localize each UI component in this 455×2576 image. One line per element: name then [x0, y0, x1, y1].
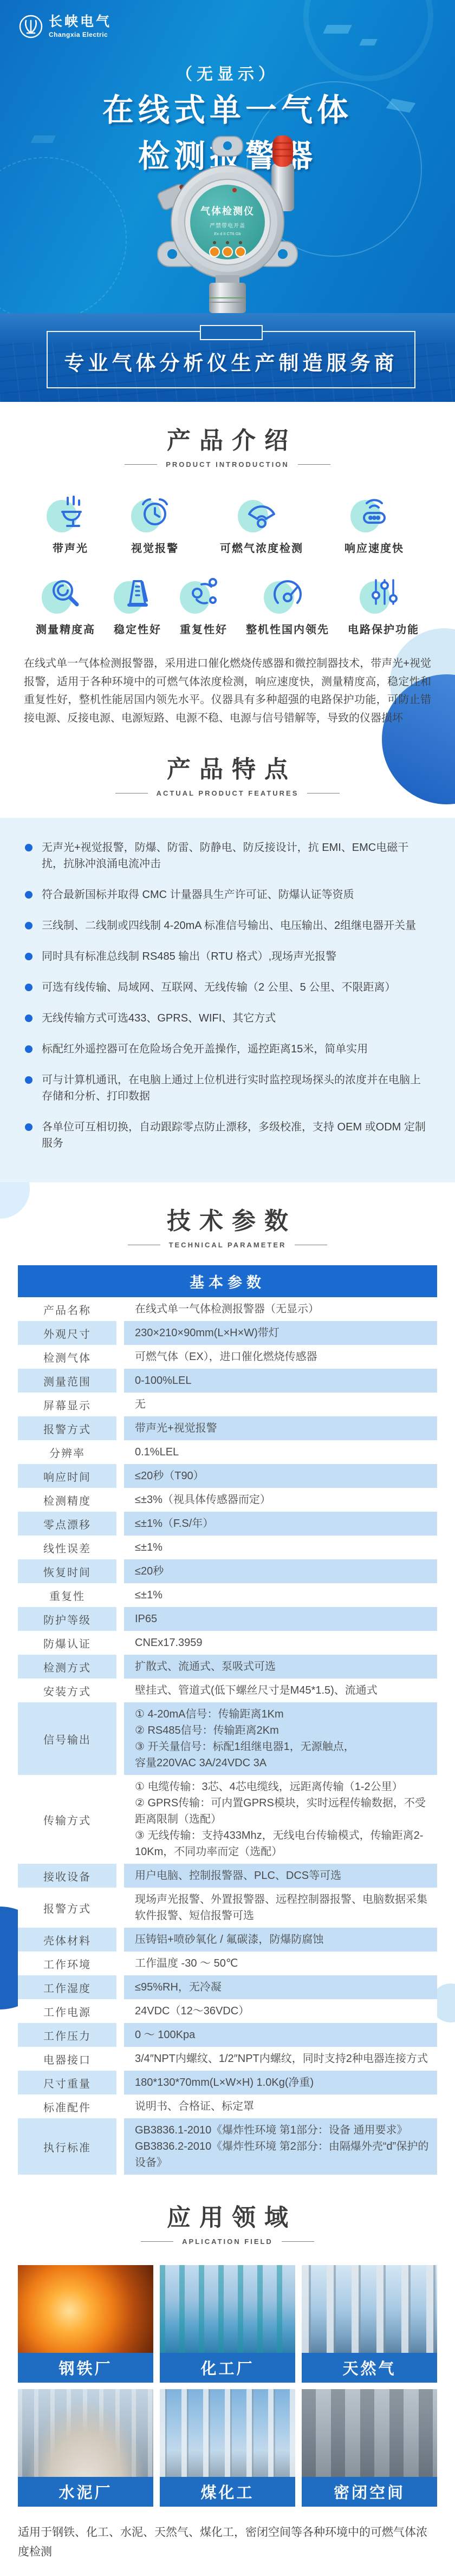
spec-table-header: 基本参数 — [18, 1265, 437, 1297]
bullet-dot-icon — [25, 984, 32, 991]
section-title: 产品特点 — [0, 758, 455, 782]
slogan-notch — [200, 325, 263, 340]
spec-label: 标准配件 — [18, 2094, 116, 2118]
feature-text: 符合最新国标并取得 CMC 计量器具生产许可证、防爆认证等资质 — [42, 887, 354, 903]
spec-value: 3/4″NPT内螺纹、1/2″NPT内螺纹，同时支持2种电器连接方式 — [124, 2047, 437, 2071]
table-row: 检测方式扩散式、流通式、泵吸式可选 — [18, 1655, 437, 1679]
intro-feature-label: 测量精度高 — [36, 621, 95, 636]
alarm-clock-icon — [135, 492, 174, 531]
spec-label: 电器接口 — [18, 2047, 116, 2071]
spec-value: ≤±3%（视具体传感器而定） — [124, 1488, 437, 1512]
app-photo-cement-plant — [18, 2389, 153, 2477]
sliders-icon — [364, 574, 403, 613]
hero-subtitle: （无显示） — [0, 61, 455, 84]
table-row: 外观尺寸230×210×90mm(L×H×W)带灯 — [18, 1321, 437, 1345]
spec-value: 0 ～ 100Kpa — [124, 2023, 437, 2047]
table-row: 接收设备用户电脑、控制报警器、PLC、DCS等可选 — [18, 1864, 437, 1888]
intro-feature-label: 响应速度快 — [344, 539, 404, 555]
brand-logo: 长峡电气 Changxia Electric — [18, 14, 112, 39]
app-label: 化工厂 — [160, 2353, 295, 2383]
table-row: 分辨率0.1%LEL — [18, 1440, 437, 1464]
table-row: 信号输出① 4-20mA信号：传输距离1Km ② RS485信号：传输距离2Km… — [18, 1702, 437, 1775]
feature-item: 符合最新国标并取得 CMC 计量器具生产许可证、防爆认证等资质 — [25, 887, 430, 903]
intro-description: 在线式单一气体检测报警器，采用进口催化燃烧传感器和微控制器技术，带声光+视觉报警… — [24, 655, 431, 727]
feature-text: 三线制、二线制或四线制 4-20mA 标准信号输出、电压输出、2组继电器开关量 — [42, 918, 416, 934]
dash-left — [115, 793, 148, 793]
table-row: 恢复时间≤20秒 — [18, 1559, 437, 1583]
application-card: 水泥厂 — [18, 2389, 153, 2507]
section-title: 产品介绍 — [0, 429, 455, 453]
deco-bar — [323, 25, 352, 34]
app-label: 钢铁厂 — [18, 2353, 153, 2383]
spec-label: 尺寸重量 — [18, 2071, 116, 2094]
table-row: 线性误差≤±1% — [18, 1536, 437, 1559]
intro-feature-card: 整机性国内领先 — [246, 574, 329, 636]
deco-ring-dashed — [0, 157, 127, 313]
spec-label: 工作压力 — [18, 2023, 116, 2047]
intro-feature-card: 响应速度快 — [344, 492, 404, 555]
application-card: 煤化工 — [160, 2389, 295, 2507]
spec-value: CNEx17.3959 — [124, 1631, 437, 1655]
section-subtitle: ACTUAL PRODUCT FEATURES — [0, 789, 455, 797]
dash-right — [282, 2241, 314, 2242]
feature-text: 可与计算机通讯，在电脑上通过上位机进行实时监控现场探头的浓度并在电脑上存储和分析… — [42, 1072, 430, 1104]
magnifier-icon — [46, 574, 85, 613]
brand-name-cn: 长峡电气 — [49, 15, 112, 29]
feature-item: 可选有线传输、局域网、互联网、无线传输（2 公里、5 公里、不限距离） — [25, 979, 430, 996]
table-row: 工作电源24VDC（12～36VDC） — [18, 1999, 437, 2023]
spec-value: ≤±1%（F.S/年） — [124, 1512, 437, 1536]
section-head: 产品特点 ACTUAL PRODUCT FEATURES — [0, 727, 455, 797]
feature-item: 标配红外遥控器可在危险场合免开盖操作，遥控距离15米，简单实用 — [25, 1041, 430, 1057]
spec-value: ≤±1% — [124, 1583, 437, 1607]
spec-value: ≤95%RH，无冷凝 — [124, 1975, 437, 1999]
dash-right — [307, 793, 340, 793]
intro-feature-card: 带声光 — [51, 492, 90, 555]
metronome-icon — [118, 574, 157, 613]
app-label: 密闭空间 — [302, 2477, 437, 2507]
table-row: 执行标准GB3836.1-2010《爆炸性环境 第1部分：设备 通用要求》 GB… — [18, 2118, 437, 2175]
spec-value: 工作温度 -30 ～ 50℃ — [124, 1951, 437, 1975]
speedometer-icon — [268, 574, 307, 613]
feature-item: 三线制、二线制或四线制 4-20mA 标准信号输出、电压输出、2组继电器开关量 — [25, 918, 430, 934]
spec-label: 执行标准 — [18, 2118, 116, 2175]
spec-label: 重复性 — [18, 1583, 116, 1607]
intro-feature-label: 可燃气浓度检测 — [220, 539, 303, 555]
spec-label: 屏幕显示 — [18, 1393, 116, 1416]
table-row: 报警方式现场声光报警、外置报警器、远程控制器报警、电脑数据采集软件报警、短信报警… — [18, 1888, 437, 1928]
table-row: 工作湿度≤95%RH，无冷凝 — [18, 1975, 437, 1999]
application-note: 适用于钢铁、化工、水泥、天然气、煤化工，密闭空间等各种环境中的可燃气体浓度检测 — [18, 2523, 437, 2561]
section-subtitle: TECHNICAL PARAMETER — [0, 1241, 455, 1249]
dash-right — [298, 464, 330, 465]
dash-left — [125, 464, 157, 465]
features-panel: 无声光+视觉报警，防爆、防雷、防静电、防反接设计，抗 EMI、EMC电磁干扰，抗… — [0, 818, 455, 1182]
spec-label: 检测气体 — [18, 1345, 116, 1369]
spec-label: 工作电源 — [18, 1999, 116, 2023]
spec-value: 180*130*70mm(L×W×H) 1.0Kg(净重) — [124, 2071, 437, 2094]
spec-label: 测量范围 — [18, 1369, 116, 1393]
spec-value: 230×210×90mm(L×H×W)带灯 — [124, 1321, 437, 1345]
intro-feature-label: 重复性好 — [180, 621, 227, 636]
spec-table-body: 产品名称在线式单一气体检测报警器（无显示） 外观尺寸230×210×90mm(L… — [18, 1297, 437, 2175]
spec-value: ≤20秒（T90） — [124, 1464, 437, 1488]
gas-gauge-icon — [242, 492, 281, 531]
section-subtitle: PRODUCT INTRODUCTION — [0, 460, 455, 469]
bullet-dot-icon — [25, 1076, 32, 1084]
intro-feature-card: 可燃气浓度检测 — [220, 492, 303, 555]
feature-item: 可与计算机通讯，在电脑上通过上位机进行实时监控现场探头的浓度并在电脑上存储和分析… — [25, 1072, 430, 1104]
section-head: 技术参数 TECHNICAL PARAMETER — [0, 1182, 455, 1249]
spec-table: 基本参数 产品名称在线式单一气体检测报警器（无显示） 外观尺寸230×210×9… — [18, 1265, 437, 2175]
repeat-cycle-icon — [184, 574, 223, 613]
spec-label: 检测方式 — [18, 1655, 116, 1679]
table-row: 屏幕显示无 — [18, 1393, 437, 1416]
table-row: 传输方式① 电缆传输：3芯、4芯电缆线，远距离传输（1-2公里） ② GPRS传… — [18, 1775, 437, 1864]
slogan-banner: 专业气体分析仪生产制造服务商 — [0, 313, 455, 402]
spec-value: 可燃气体（EX），进口催化燃烧传感器 — [124, 1345, 437, 1369]
spec-value: 24VDC（12～36VDC） — [124, 1999, 437, 2023]
brand-logo-text: 长峡电气 Changxia Electric — [49, 15, 112, 38]
intro-feature-label: 电路保护功能 — [348, 621, 419, 636]
application-field-section: 应用领域 APLICATION FIELD 钢铁厂 化工厂 天然气 — [0, 2175, 455, 2575]
spec-label: 报警方式 — [18, 1888, 116, 1928]
spec-label: 传输方式 — [18, 1775, 116, 1864]
table-row: 壳体材料压铸铝+喷砂氧化 / 氟碳漆，防爆防腐蚀 — [18, 1928, 437, 1951]
intro-feature-label: 带声光 — [53, 539, 88, 555]
bullet-dot-icon — [25, 1014, 32, 1022]
feature-text: 同时具有标准总线制 RS485 输出（RTU 格式）,现场声光报警 — [42, 948, 336, 965]
application-card: 密闭空间 — [302, 2389, 437, 2507]
intro-icon-row-2: 测量精度高 稳定性好 重复性好 — [0, 574, 455, 636]
spec-value: ≤20秒 — [124, 1559, 437, 1583]
table-row: 测量范围0-100%LEL — [18, 1369, 437, 1393]
page: 长峡电气 Changxia Electric （无显示） 在线式单一气体 检测报… — [0, 0, 455, 2576]
intro-icon-row-1: 带声光 视觉报警 可燃气浓度检测 — [0, 492, 455, 555]
spec-value: ① 电缆传输：3芯、4芯电缆线，远距离传输（1-2公里） ② GPRS传输：可内… — [124, 1775, 437, 1864]
spec-value: 说明书、合格证、标定罩 — [124, 2094, 437, 2118]
spec-value: IP65 — [124, 1607, 437, 1631]
slogan-border-box: 专业气体分析仪生产制造服务商 — [47, 331, 415, 388]
spec-label: 零点漂移 — [18, 1512, 116, 1536]
intro-feature-card: 电路保护功能 — [348, 574, 419, 636]
app-label: 天然气 — [302, 2353, 437, 2383]
spec-label: 产品名称 — [18, 1297, 116, 1321]
bullet-dot-icon — [25, 1045, 32, 1053]
device-panel-warning: 严禁带电开盖 — [210, 222, 245, 229]
spec-label: 分辨率 — [18, 1440, 116, 1464]
brand-logo-icon — [18, 14, 43, 39]
brand-name-en: Changxia Electric — [49, 31, 112, 38]
table-row: 防爆认证CNEx17.3959 — [18, 1631, 437, 1655]
product-features-section: 产品特点 ACTUAL PRODUCT FEATURES 无声光+视觉报警，防爆… — [0, 727, 455, 1182]
app-label: 水泥厂 — [18, 2477, 153, 2507]
app-photo-coal-chemical — [160, 2389, 295, 2477]
spec-label: 安装方式 — [18, 1679, 116, 1702]
table-row: 防护等级IP65 — [18, 1607, 437, 1631]
section-subtitle-text: ACTUAL PRODUCT FEATURES — [157, 789, 299, 797]
spec-label: 工作环境 — [18, 1951, 116, 1975]
feature-text: 各单位可互相切换，自动跟踪零点防止漂移，多级校准，支持 OEM 或ODM 定制服… — [42, 1119, 430, 1152]
table-row: 检测精度≤±3%（视具体传感器而定） — [18, 1488, 437, 1512]
dash-left — [141, 2241, 173, 2242]
spec-value: 扩散式、流通式、泵吸式可选 — [124, 1655, 437, 1679]
spec-value: ≤±1% — [124, 1536, 437, 1559]
intro-feature-label: 整机性国内领先 — [246, 621, 329, 636]
intro-feature-card: 重复性好 — [180, 574, 227, 636]
section-subtitle-text: PRODUCT INTRODUCTION — [166, 460, 289, 469]
table-row: 重复性≤±1% — [18, 1583, 437, 1607]
hero-section: 长峡电气 Changxia Electric （无显示） 在线式单一气体 检测报… — [0, 0, 455, 313]
app-photo-enclosed-space — [302, 2389, 437, 2477]
spec-label: 接收设备 — [18, 1864, 116, 1888]
section-subtitle-text: TECHNICAL PARAMETER — [169, 1241, 287, 1249]
application-grid: 钢铁厂 化工厂 天然气 水泥厂 煤化工 密闭空间 — [18, 2265, 437, 2507]
spec-label: 防爆认证 — [18, 1631, 116, 1655]
product-photo-gas-detector: 气体检测仪 严禁带电开盖 Ex d II CT6 Gb — [144, 135, 311, 313]
intro-feature-card: 稳定性好 — [114, 574, 161, 636]
bullet-dot-icon — [25, 891, 32, 899]
app-photo-chemical-plant — [160, 2265, 295, 2353]
spec-value: 在线式单一气体检测报警器（无显示） — [124, 1297, 437, 1321]
spec-label: 线性误差 — [18, 1536, 116, 1559]
application-card: 天然气 — [302, 2265, 437, 2383]
technical-parameters-section: 技术参数 TECHNICAL PARAMETER 基本参数 产品名称在线式单一气… — [0, 1182, 455, 2175]
intro-feature-card: 测量精度高 — [36, 574, 95, 636]
feature-item: 无声光+视觉报警，防爆、防雷、防静电、防反接设计，抗 EMI、EMC电磁干扰，抗… — [25, 840, 430, 872]
intro-feature-card: 视觉报警 — [131, 492, 179, 555]
spec-value: ① 4-20mA信号：传输距离1Km ② RS485信号：传输距离2Km ③ 开… — [124, 1702, 437, 1775]
deco-bar — [359, 39, 378, 45]
table-row: 尺寸重量180*130*70mm(L×W×H) 1.0Kg(净重) — [18, 2071, 437, 2094]
spec-value: 0-100%LEL — [124, 1369, 437, 1393]
router-signal-icon — [355, 492, 394, 531]
bullet-dot-icon — [25, 922, 32, 929]
spec-label: 工作湿度 — [18, 1975, 116, 1999]
feature-text: 标配红外遥控器可在危险场合免开盖操作，遥控距离15米，简单实用 — [42, 1041, 368, 1057]
section-title: 应用领域 — [0, 2206, 455, 2230]
features-list: 无声光+视觉报警，防爆、防雷、防静电、防反接设计，抗 EMI、EMC电磁干扰，抗… — [25, 840, 430, 1152]
spec-label: 检测精度 — [18, 1488, 116, 1512]
section-title: 技术参数 — [0, 1209, 455, 1233]
table-row: 电器接口3/4″NPT内螺纹、1/2″NPT内螺纹，同时支持2种电器连接方式 — [18, 2047, 437, 2071]
hero-title-line1: 在线式单一气体 — [0, 90, 455, 131]
table-row: 标准配件说明书、合格证、标定罩 — [18, 2094, 437, 2118]
spec-label: 壳体材料 — [18, 1928, 116, 1951]
table-row: 响应时间≤20秒（T90） — [18, 1464, 437, 1488]
feature-item: 同时具有标准总线制 RS485 输出（RTU 格式）,现场声光报警 — [25, 948, 430, 965]
bullet-dot-icon — [25, 844, 32, 851]
feature-text: 可选有线传输、局域网、互联网、无线传输（2 公里、5 公里、不限距离） — [42, 979, 395, 996]
spec-value: 现场声光报警、外置报警器、远程控制器报警、电脑数据采集软件报警、短信报警可选 — [124, 1888, 437, 1928]
app-photo-steel-plant — [18, 2265, 153, 2353]
product-introduction-section: 产品介绍 PRODUCT INTRODUCTION 带声光 — [0, 402, 455, 727]
spec-value: 用户电脑、控制报警器、PLC、DCS等可选 — [124, 1864, 437, 1888]
intro-feature-label: 稳定性好 — [114, 621, 161, 636]
spec-value: 无 — [124, 1393, 437, 1416]
page-end-spacer — [0, 2562, 455, 2576]
spec-label: 外观尺寸 — [18, 1321, 116, 1345]
spec-label: 恢复时间 — [18, 1559, 116, 1583]
device-panel-cert: Ex d II CT6 Gb — [214, 231, 241, 236]
spec-value: 带声光+视觉报警 — [124, 1416, 437, 1440]
table-row: 报警方式带声光+视觉报警 — [18, 1416, 437, 1440]
app-label: 煤化工 — [160, 2477, 295, 2507]
spec-value: 压铸铝+喷砂氧化 / 氟碳漆，防爆防腐蚀 — [124, 1928, 437, 1951]
spec-label: 报警方式 — [18, 1416, 116, 1440]
intro-feature-label: 视觉报警 — [131, 539, 179, 555]
section-head: 产品介绍 PRODUCT INTRODUCTION — [0, 402, 455, 469]
table-row: 产品名称在线式单一气体检测报警器（无显示） — [18, 1297, 437, 1321]
spec-label: 信号输出 — [18, 1702, 116, 1775]
table-row: 工作压力0 ～ 100Kpa — [18, 2023, 437, 2047]
section-subtitle: APLICATION FIELD — [0, 2237, 455, 2246]
dash-left — [128, 1245, 160, 1245]
table-row: 工作环境工作温度 -30 ～ 50℃ — [18, 1951, 437, 1975]
spec-label: 防护等级 — [18, 1607, 116, 1631]
dash-right — [295, 1245, 327, 1245]
bullet-dot-icon — [25, 1123, 32, 1131]
table-row: 检测气体可燃气体（EX），进口催化燃烧传感器 — [18, 1345, 437, 1369]
spec-label: 响应时间 — [18, 1464, 116, 1488]
table-row: 安装方式壁挂式、管道式(低下螺丝尺寸是M45*1.5)、流通式 — [18, 1679, 437, 1702]
application-card: 钢铁厂 — [18, 2265, 153, 2383]
section-subtitle-text: APLICATION FIELD — [182, 2237, 273, 2246]
sound-light-icon — [51, 492, 90, 531]
spec-value: 0.1%LEL — [124, 1440, 437, 1464]
bullet-dot-icon — [25, 953, 32, 960]
gas-detector-illustration: 气体检测仪 严禁带电开盖 Ex d II CT6 Gb — [144, 135, 311, 313]
section-head: 应用领域 APLICATION FIELD — [0, 2175, 455, 2246]
spec-value: GB3836.1-2010《爆炸性环境 第1部分：设备 通用要求》 GB3836… — [124, 2118, 437, 2175]
feature-item: 无线传输方式可选433、GPRS、WIFI、其它方式 — [25, 1010, 430, 1026]
table-row: 零点漂移≤±1%（F.S/年） — [18, 1512, 437, 1536]
spec-value: 壁挂式、管道式(低下螺丝尺寸是M45*1.5)、流通式 — [124, 1679, 437, 1702]
device-panel-title: 气体检测仪 — [200, 205, 255, 217]
feature-text: 无线传输方式可选433、GPRS、WIFI、其它方式 — [42, 1010, 276, 1026]
application-card: 化工厂 — [160, 2265, 295, 2383]
slogan-text: 专业气体分析仪生产制造服务商 — [48, 347, 414, 376]
feature-text: 无声光+视觉报警，防爆、防雷、防静电、防反接设计，抗 EMI、EMC电磁干扰，抗… — [42, 840, 430, 872]
feature-item: 各单位可互相切换，自动跟踪零点防止漂移，多级校准，支持 OEM 或ODM 定制服… — [25, 1119, 430, 1152]
app-photo-natural-gas — [302, 2265, 437, 2353]
